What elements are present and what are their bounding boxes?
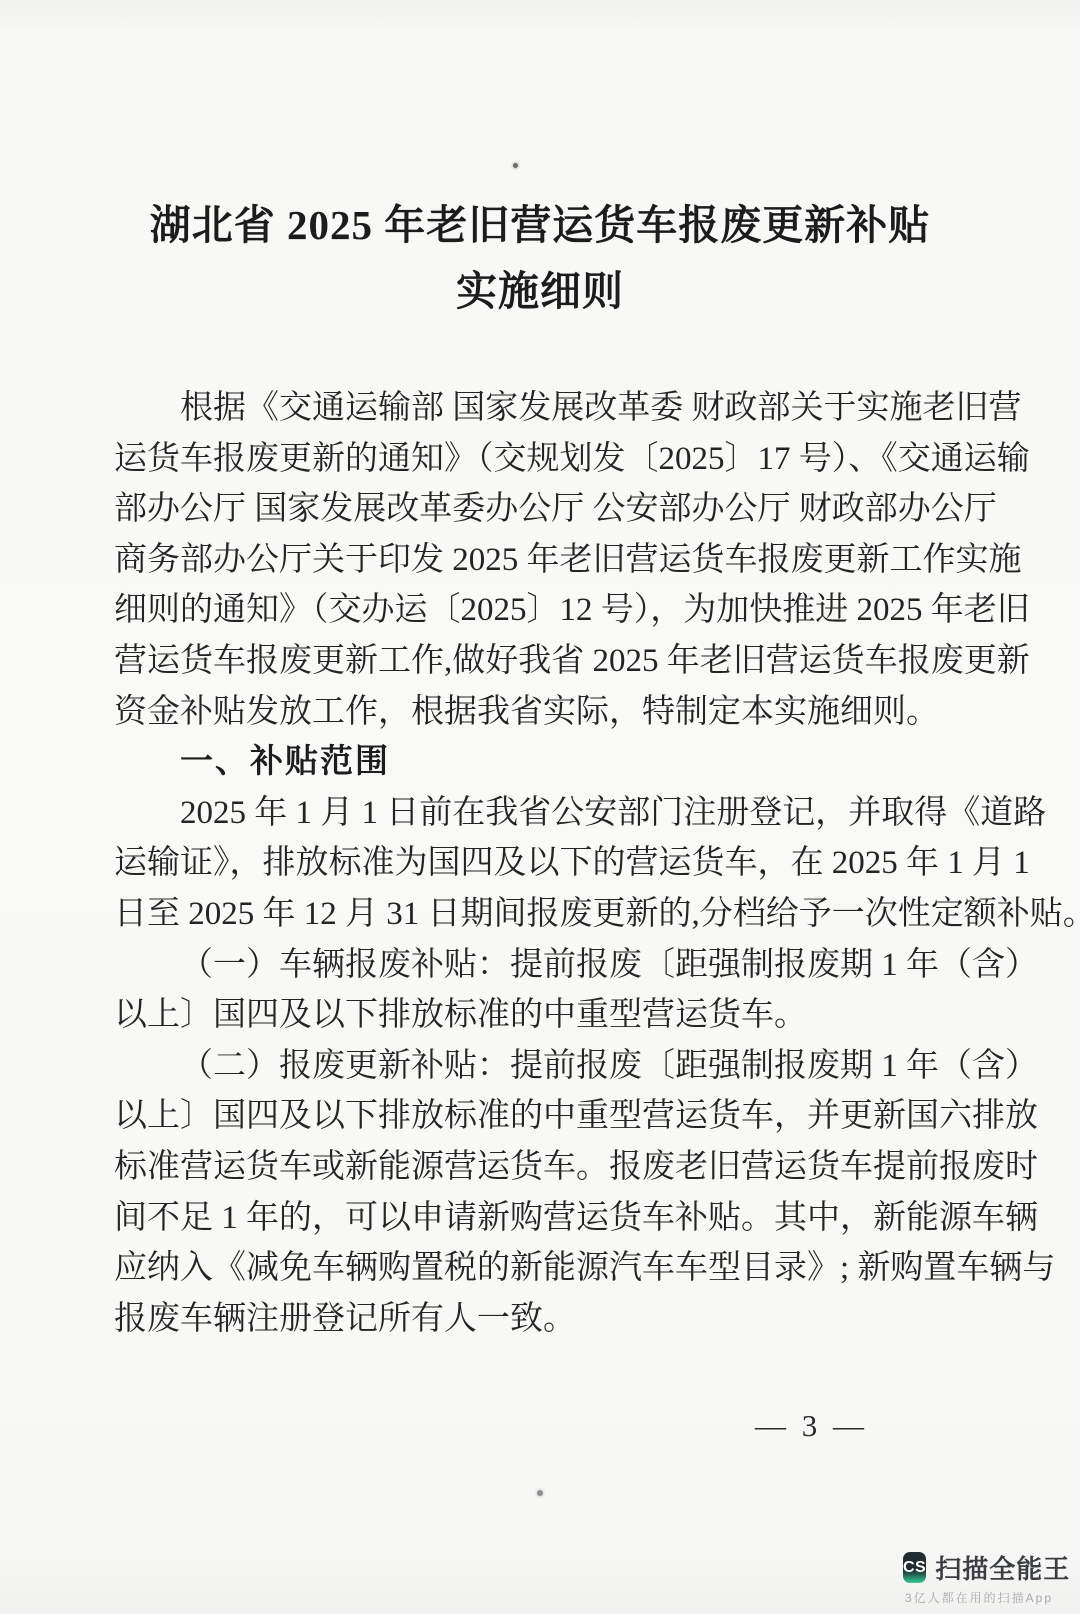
body-line: 间不足 1 年的，可以申请新购营运货车补贴。其中，新能源车辆 (114, 1193, 968, 1244)
scan-artifact-dot (537, 1490, 543, 1496)
body-line: （二）报废更新补贴：提前报废〔距强制报废期 1 年（含） (114, 1041, 968, 1092)
body-line: 2025 年 1 月 1 日前在我省公安部门注册登记，并取得《道路 (114, 788, 968, 839)
body-line: 营运货车报废更新工作,做好我省 2025 年老旧营运货车报废更新 (114, 636, 968, 687)
section-heading: 一、补贴范围 (114, 737, 968, 788)
body-line: 运货车报废更新的通知》（交规划发〔2025〕17 号）、《交通运输 (114, 434, 968, 485)
page-number: — 3 — (755, 1408, 868, 1444)
document-body: 根据《交通运输部 国家发展改革委 财政部关于实施老旧营 运货车报废更新的通知》（… (114, 383, 968, 1344)
document-title-line-1: 湖北省 2025 年老旧营运货车报废更新补贴 (114, 192, 966, 258)
body-line: 细则的通知》（交办运〔2025〕12 号），为加快推进 2025 年老旧 (114, 585, 968, 636)
camscanner-logo-icon: CS (903, 1552, 926, 1583)
body-line: 运输证》，排放标准为国四及以下的营运货车，在 2025 年 1 月 1 (114, 838, 968, 889)
camscanner-tagline: 3亿人都在用的扫描App (903, 1589, 1068, 1606)
body-line: （一）车辆报废补贴：提前报废〔距强制报废期 1 年（含） (114, 940, 968, 991)
scan-artifact-dot (513, 163, 518, 168)
body-line: 商务部办公厅关于印发 2025 年老旧营运货车报废更新工作实施 (114, 535, 968, 586)
body-line: 以上〕国四及以下排放标准的中重型营运货车。 (114, 990, 968, 1041)
body-line: 部办公厅 国家发展改革委办公厅 公安部办公厅 财政部办公厅 (114, 484, 968, 535)
body-line: 根据《交通运输部 国家发展改革委 财政部关于实施老旧营 (114, 383, 968, 434)
camscanner-app-name: 扫描全能王 (935, 1549, 1070, 1586)
body-line: 以上〕国四及以下排放标准的中重型营运货车，并更新国六排放 (114, 1091, 968, 1142)
body-line: 标准营运货车或新能源营运货车。报废老旧营运货车提前报废时 (114, 1142, 968, 1193)
camscanner-watermark: CS 扫描全能王 3亿人都在用的扫描App (903, 1549, 1068, 1606)
body-line: 报废车辆注册登记所有人一致。 (114, 1294, 968, 1345)
scanned-document-page: 湖北省 2025 年老旧营运货车报废更新补贴 实施细则 根据《交通运输部 国家发… (0, 0, 1080, 1614)
body-line: 应纳入《减免车辆购置税的新能源汽车车型目录》; 新购置车辆与 (114, 1243, 968, 1294)
body-line: 日至 2025 年 12 月 31 日期间报废更新的,分档给予一次性定额补贴。 (114, 889, 968, 940)
body-line: 资金补贴发放工作，根据我省实际，特制定本实施细则。 (114, 687, 968, 738)
document-title-line-2: 实施细则 (114, 258, 966, 324)
document-title: 湖北省 2025 年老旧营运货车报废更新补贴 实施细则 (114, 192, 966, 324)
